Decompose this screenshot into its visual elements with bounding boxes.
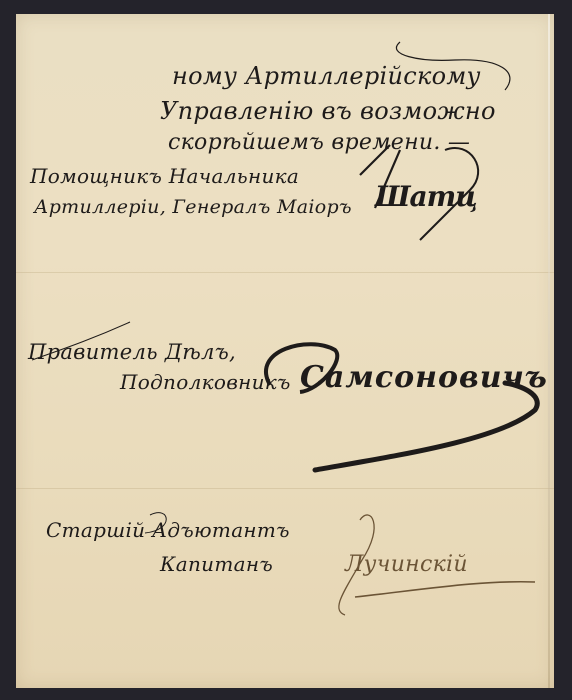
ink-flourishes xyxy=(0,0,572,700)
